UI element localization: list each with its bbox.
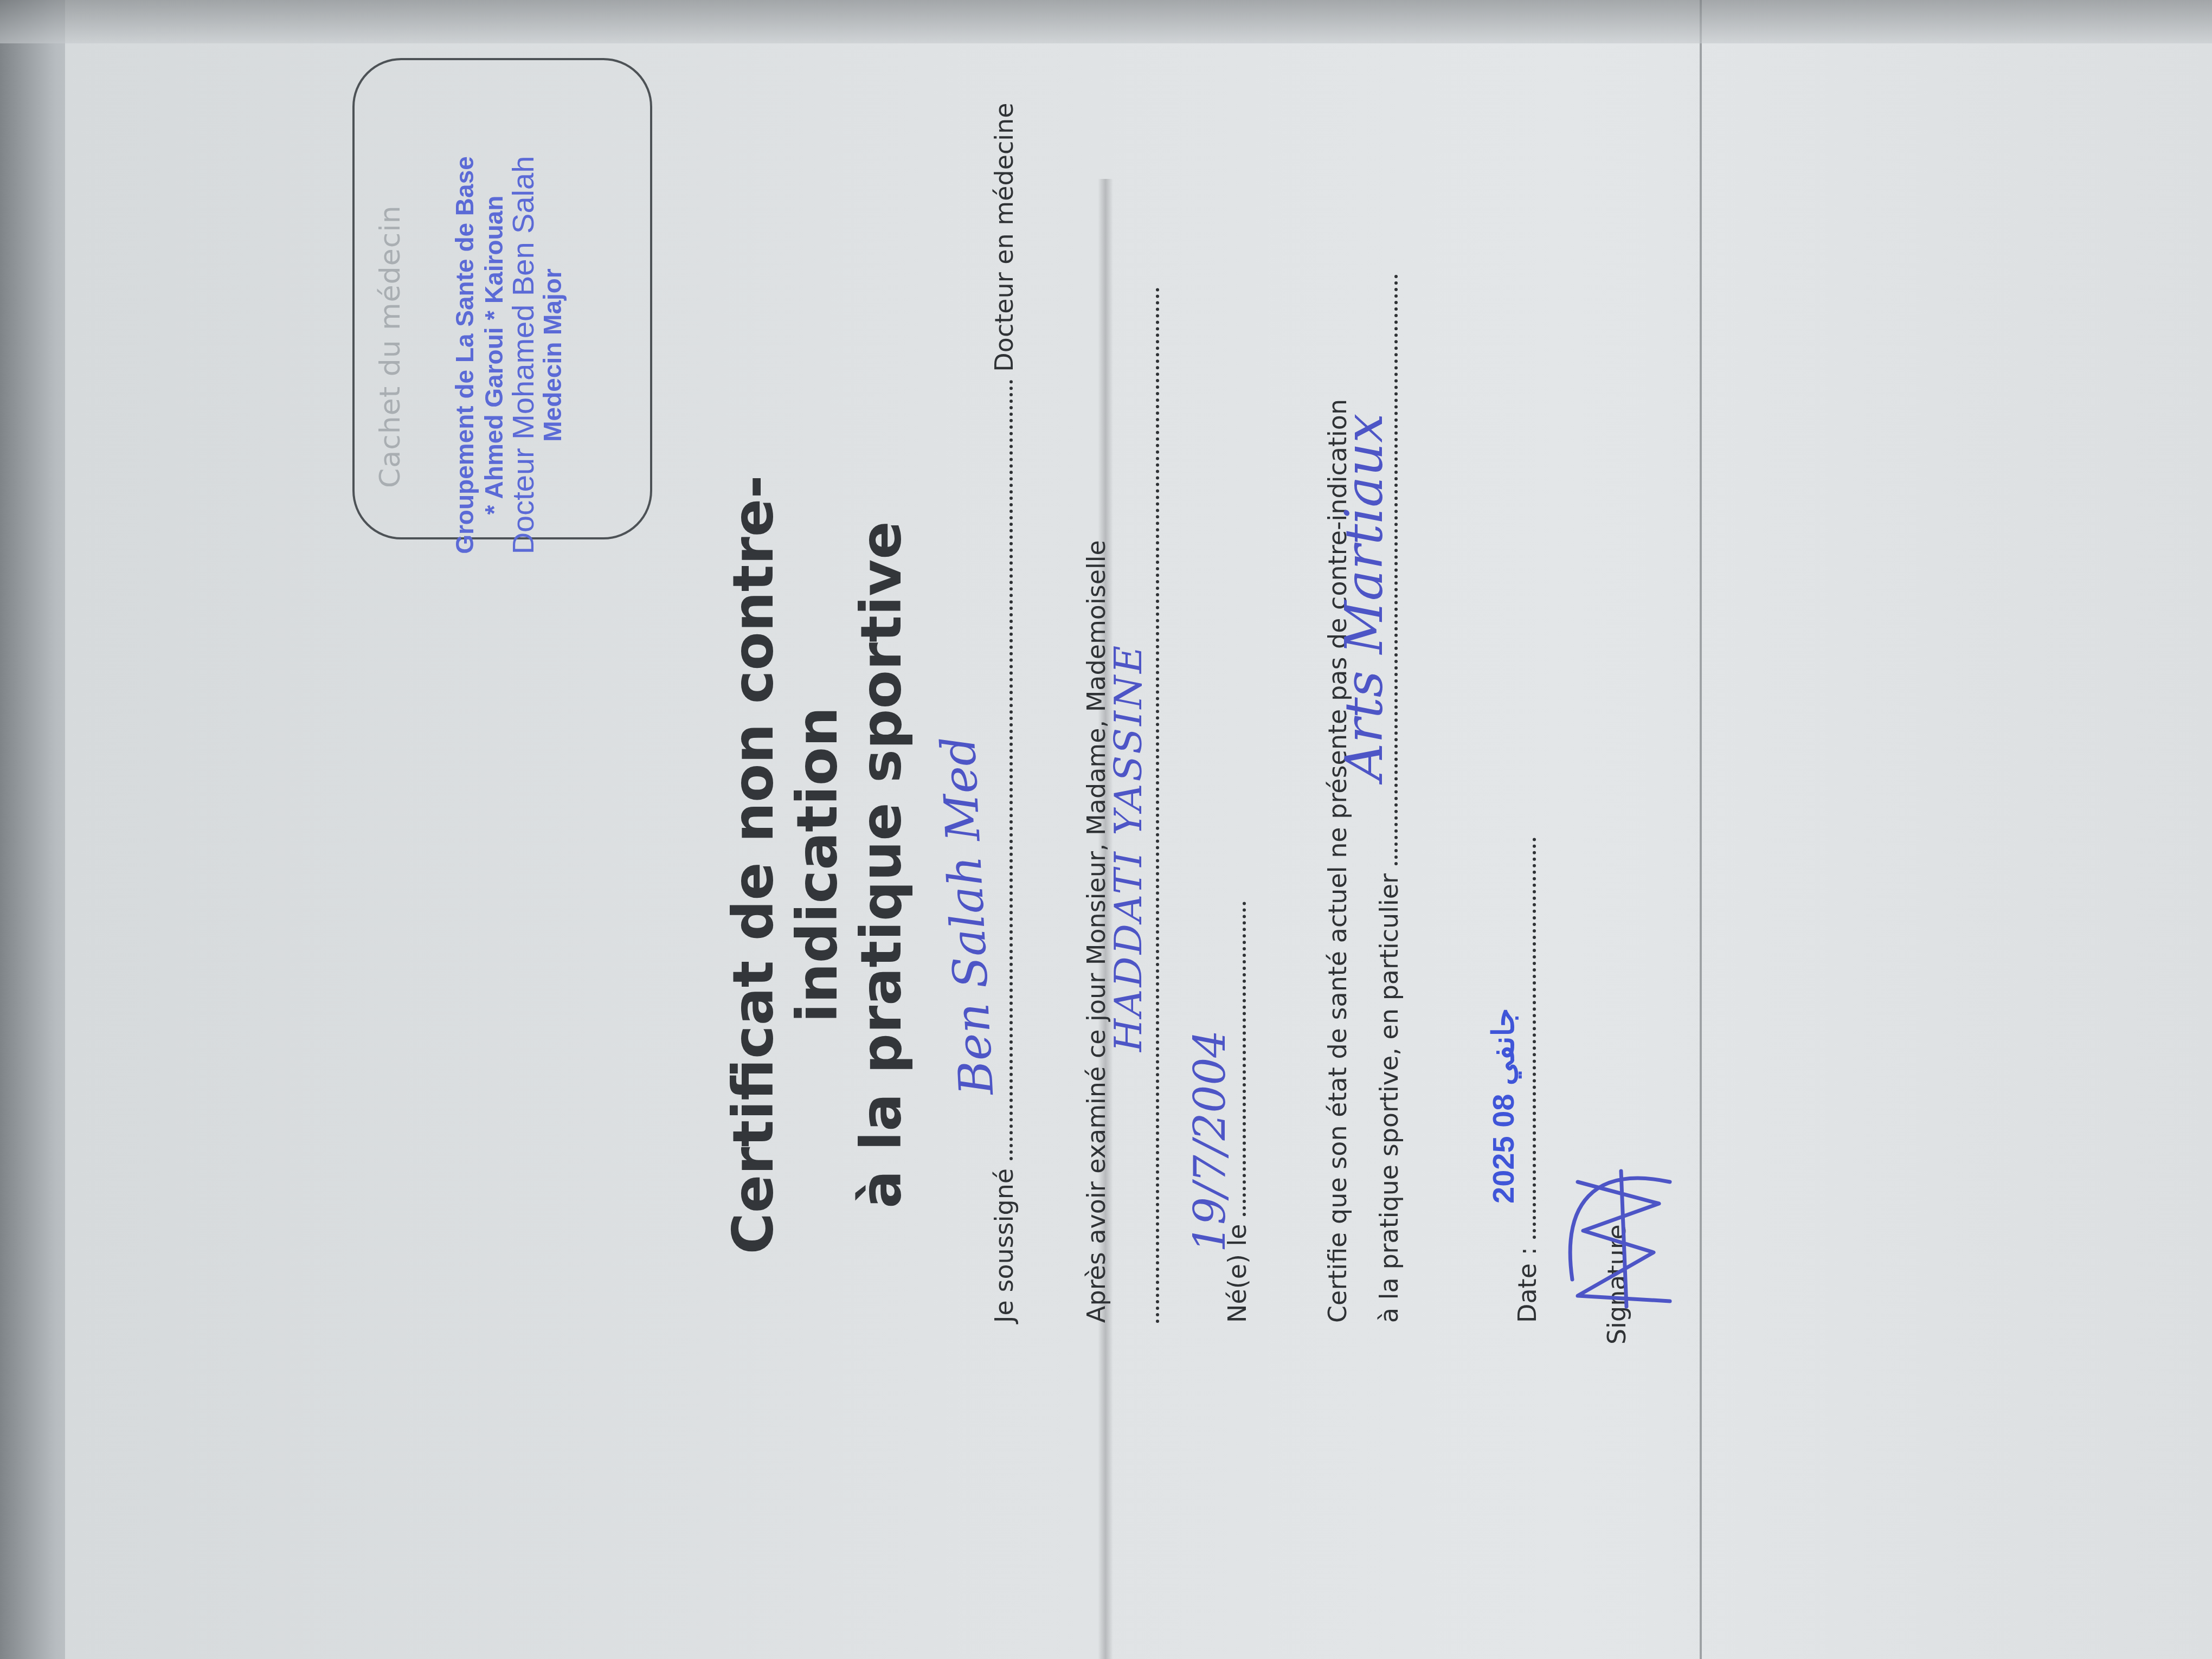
stamp-line: Groupement de La Sante de Base [450, 70, 479, 640]
undersigned-line: Je soussigné Docteur en médecine [989, 103, 1019, 1323]
birth-date: 19/7/2004 [1185, 1030, 1235, 1252]
undersigned-field [1009, 380, 1013, 1160]
stamp-line: Docteur Mohamed Ben Salah [509, 70, 538, 640]
sport-name: Arts Martiaux [1334, 414, 1394, 781]
patient-name: HADDATI YASSINE [1106, 644, 1150, 1052]
page-title: Certificat de non contre-indication à la… [721, 417, 913, 1312]
title-line-2: à la pratique sportive [849, 417, 913, 1312]
doctor-suffix: Docteur en médecine [989, 103, 1019, 372]
patient-field [1156, 287, 1159, 1323]
date-label: Date : [1513, 1247, 1542, 1323]
undersigned-label: Je soussigné [989, 1168, 1019, 1323]
date-stamp: 2025 جانفي 08 [1486, 1008, 1521, 1204]
signature-mark [1561, 1160, 1681, 1312]
stamp-line: Medecin Major [538, 70, 567, 640]
certificate-page: Cachet du médecin Groupement de La Sante… [0, 0, 1681, 1659]
date-field [1533, 838, 1536, 1239]
title-line-1: Certificat de non contre-indication [721, 417, 849, 1312]
stamp-caption: Cachet du médecin [374, 205, 407, 488]
stamp-line: * Ahmed Garoui * Kairouan [479, 70, 509, 640]
sport-field [1394, 274, 1398, 865]
doctor-stamp: Groupement de La Sante de Base * Ahmed G… [450, 70, 567, 640]
page-edge [1700, 0, 1702, 1659]
birth-field [1243, 902, 1246, 1216]
certify-text: à la pratique sportive, en particulier [1374, 873, 1404, 1323]
